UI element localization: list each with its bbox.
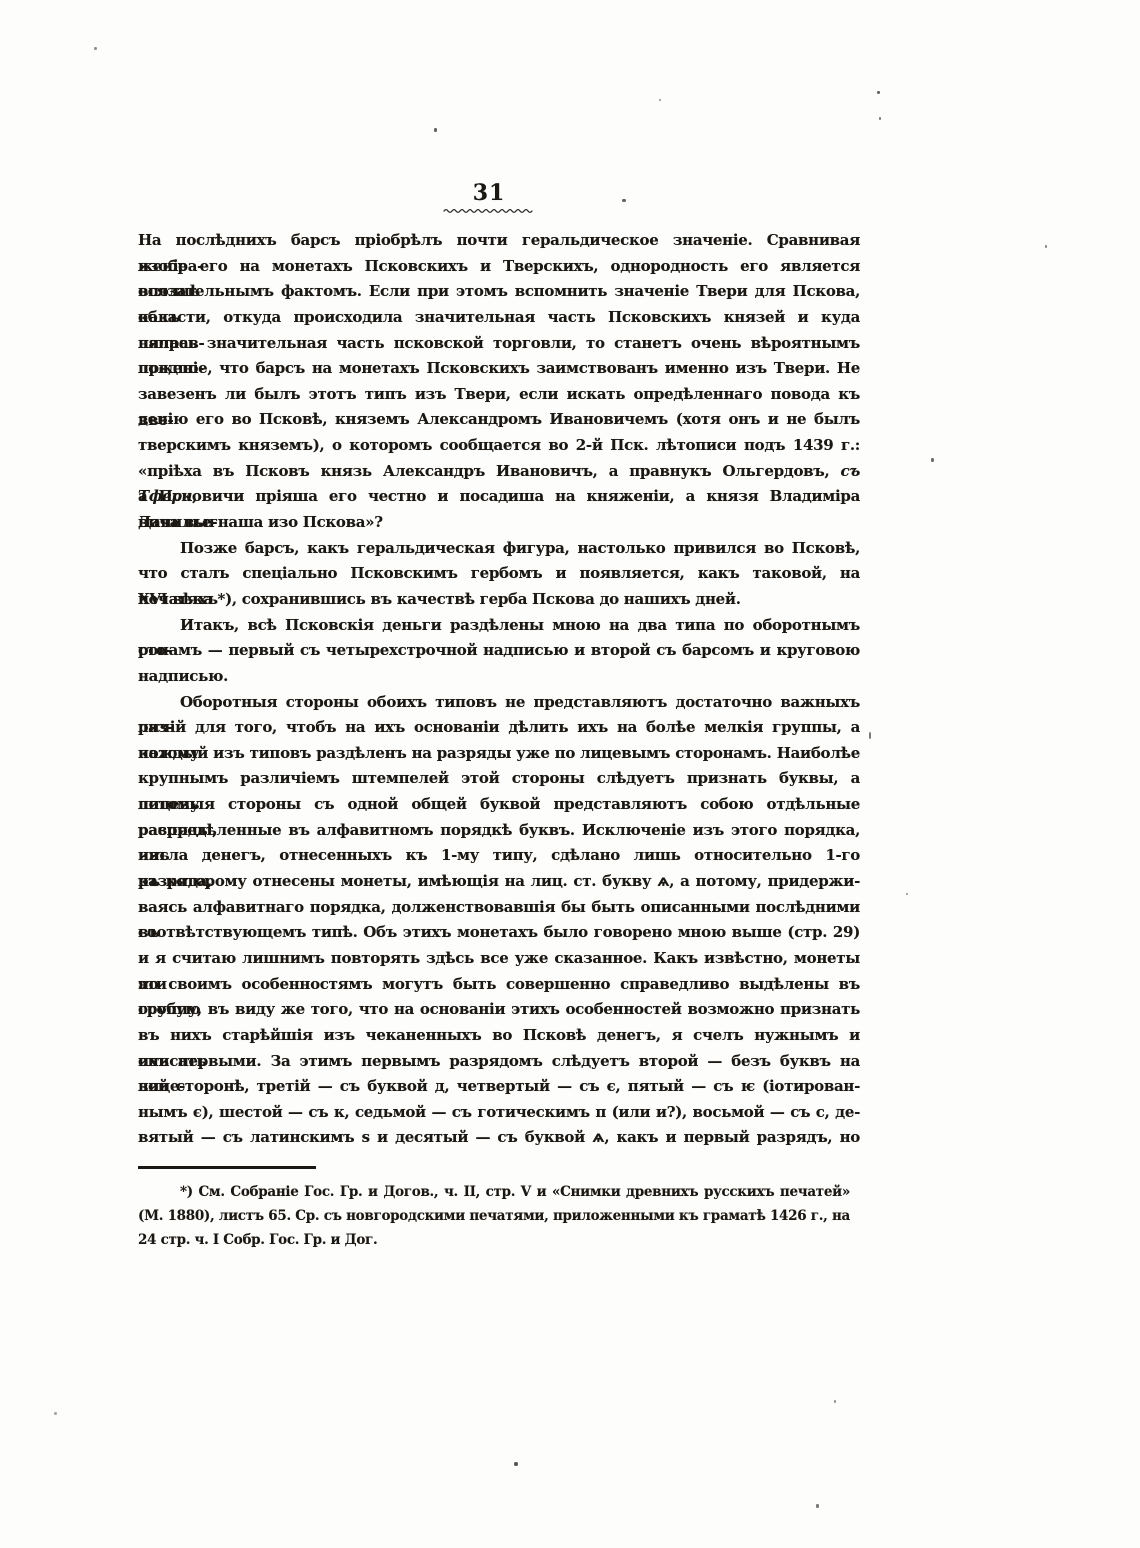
text-line: (М. 1880), листъ 65. Ср. съ новгородским… — [138, 1204, 850, 1228]
body-text: На послѣднихъ барсъ пріобрѣлъ почти гера… — [138, 228, 860, 1151]
text-line: тверскимъ княземъ), о которомъ сообщаетс… — [138, 433, 860, 459]
text-line: а Псковичи пріяша его честно и посадиша … — [138, 484, 860, 510]
page-number-flourish — [442, 205, 536, 215]
text-line: нымъ є), шестой — съ к, седьмой — съ гот… — [138, 1100, 860, 1126]
text-line: осязательнымъ фактомъ. Если при этомъ вс… — [138, 279, 860, 305]
page-number: 31 — [128, 182, 850, 204]
text-line: Итакъ, всѣ Псковскія деньги раздѣлены мн… — [138, 613, 860, 639]
footnote-rule — [138, 1166, 316, 1169]
text-line: ихъ первыми. За этимъ первымъ разрядомъ … — [138, 1049, 860, 1075]
scanned-book-page: 31 На послѣднихъ барсъ пріобрѣлъ почти г… — [0, 0, 1140, 1548]
scan-speck — [869, 732, 871, 739]
footnote: *) См. Собраніе Гос. Гр. и Догов., ч. II… — [138, 1180, 850, 1252]
text-line: ложеніе, что барсъ на монетахъ Псковских… — [138, 356, 860, 382]
text-line: числа денегъ, отнесенныхъ къ 1-му типу, … — [138, 843, 860, 869]
scan-speck — [877, 91, 880, 94]
scan-speck — [906, 893, 908, 895]
text-segment: «пріѣха въ Псковъ князь Александръ Ивано… — [138, 462, 841, 480]
text-line: лицевыя стороны съ одной общей буквой пр… — [138, 792, 860, 818]
page-header: 31 — [128, 182, 850, 215]
scan-speck — [849, 930, 851, 934]
text-line: *) См. Собраніе Гос. Гр. и Догов., ч. II… — [138, 1180, 850, 1204]
text-line: что сталъ спеціально Псковскимъ гербомъ … — [138, 561, 860, 587]
text-line: ваясь алфавитнаго порядка, долженствовав… — [138, 895, 860, 921]
text-line: личій для того, чтобъ на ихъ основаніи д… — [138, 715, 860, 741]
text-line: лялась значительная часть псковской торг… — [138, 331, 860, 357]
text-line: 24 стр. ч. I Собр. Гос. Гр. и Дог. — [138, 1228, 850, 1252]
text-line: каждый изъ типовъ раздѣленъ на разряды у… — [138, 741, 860, 767]
text-line: и я считаю лишнимъ повторять здѣсь все у… — [138, 946, 860, 972]
scan-speck — [434, 128, 437, 132]
text-line: женіе его на монетахъ Псковскихъ и Тверс… — [138, 254, 860, 280]
text-line: завезенъ ли былъ этотъ типъ изъ Твери, е… — [138, 382, 860, 408]
scan-speck — [1045, 245, 1047, 248]
text-line: На послѣднихъ барсъ пріобрѣлъ почти гера… — [138, 228, 860, 254]
scan-speck — [622, 199, 626, 202]
text-line: Позже барсъ, какъ геральдическая фигура,… — [138, 536, 860, 562]
scan-speck — [816, 1504, 819, 1508]
scan-speck — [834, 1400, 836, 1403]
text-line: денію его во Псковѣ, княземъ Александром… — [138, 407, 860, 433]
text-line: XVI вѣка *), сохранившись въ качествѣ ге… — [138, 587, 860, 613]
text-line: Оборотныя стороны обоихъ типовъ не предс… — [138, 690, 860, 716]
scan-speck — [54, 1412, 57, 1415]
text-line: къ которому отнесены монеты, имѣющія на … — [138, 869, 860, 895]
text-line: распредѣленные въ алфавитномъ порядкѣ бу… — [138, 818, 860, 844]
text-line: соотвѣтствующемъ типѣ. Объ этихъ монетах… — [138, 920, 860, 946]
text-line: надписью. — [138, 664, 860, 690]
text-line: вятый — съ латинскимъ s и десятый — съ б… — [138, 1125, 860, 1151]
scan-speck — [931, 458, 934, 462]
text-line: группу, въ виду же того, что на основані… — [138, 997, 860, 1023]
text-line: въ нихъ старѣйшія изъ чеканенныхъ во Пск… — [138, 1023, 860, 1049]
scan-speck — [879, 117, 881, 120]
scan-speck — [659, 99, 661, 101]
text-line: крупнымъ различіемъ штемпелей этой сторо… — [138, 766, 860, 792]
scan-speck — [514, 1462, 518, 1466]
text-line: «пріѣха въ Псковъ князь Александръ Ивано… — [138, 459, 860, 485]
text-line: ронамъ — первый съ четырехстрочной надпи… — [138, 638, 860, 664]
text-line: по своимъ особенностямъ могутъ быть сове… — [138, 972, 860, 998]
text-line: области, откуда происходила значительная… — [138, 305, 860, 331]
text-line: вича выгнаша изо Пскова»? — [138, 510, 860, 536]
text-line: вой сторонѣ, третій — съ буквой д, четве… — [138, 1074, 860, 1100]
scan-speck — [94, 47, 97, 50]
